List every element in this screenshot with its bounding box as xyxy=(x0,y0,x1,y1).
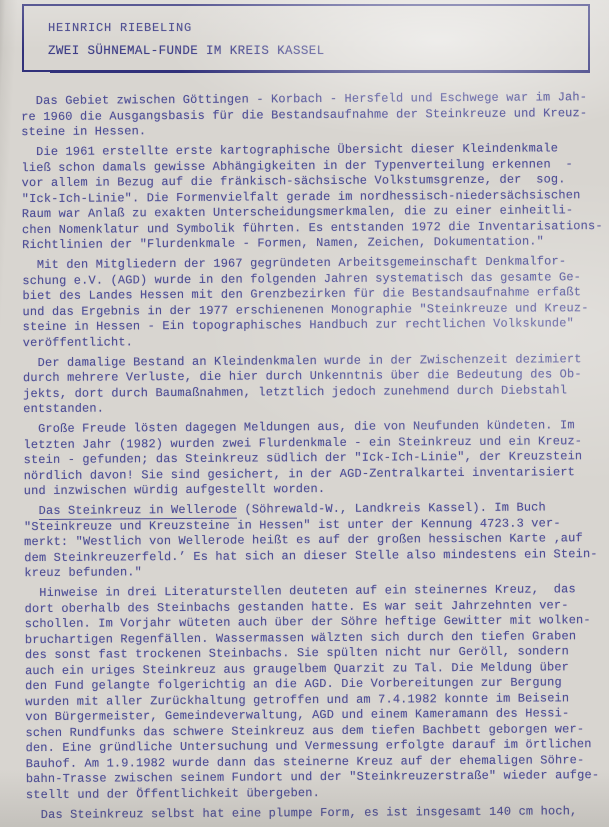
paragraph-6-indent xyxy=(24,504,39,518)
wellerode-heading-underlined: Das Steinkreuz in Wellerode xyxy=(39,503,238,520)
paragraph-5: Große Freude lösten dagegen Meldungen au… xyxy=(23,418,609,500)
paragraph-4: Der damalige Bestand an Kleindenkmalen w… xyxy=(23,351,609,417)
article-title: ZWEI SÜHNEMAL-FUNDE IM KREIS KASSEL xyxy=(48,44,325,58)
paragraph-8: Das Steinkreuz selbst hat eine plumpe Fo… xyxy=(26,803,609,823)
paragraph-2: Die 1961 erstellte erste kartographische… xyxy=(21,141,608,254)
paragraph-1: Das Gebiet zwischen Göttingen - Korbach … xyxy=(21,90,607,141)
paragraph-3: Mit den Mitgliedern der 1967 gegründeten… xyxy=(22,254,609,351)
article-header-box: HEINRICH RIEBELING ZWEI SÜHNEMAL-FUNDE I… xyxy=(22,4,590,72)
paragraph-6-rest: "Steinkreuze und Kreuzsteine in Hessen" … xyxy=(24,515,609,581)
article-body: Das Gebiet zwischen Göttingen - Korbach … xyxy=(21,90,609,827)
document-page: HEINRICH RIEBELING ZWEI SÜHNEMAL-FUNDE I… xyxy=(0,0,609,827)
paragraph-6: Das Steinkreuz in Wellerode (Söhrewald-W… xyxy=(24,500,609,582)
paragraph-7: Hinweise in drei Literaturstellen deutet… xyxy=(24,582,609,803)
author-name: HEINRICH RIEBELING xyxy=(48,21,192,35)
paragraph-6-lead-rest: (Söhrewald-W., Landkreis Kassel). Im Buc… xyxy=(237,500,546,516)
header-rule xyxy=(50,70,590,73)
